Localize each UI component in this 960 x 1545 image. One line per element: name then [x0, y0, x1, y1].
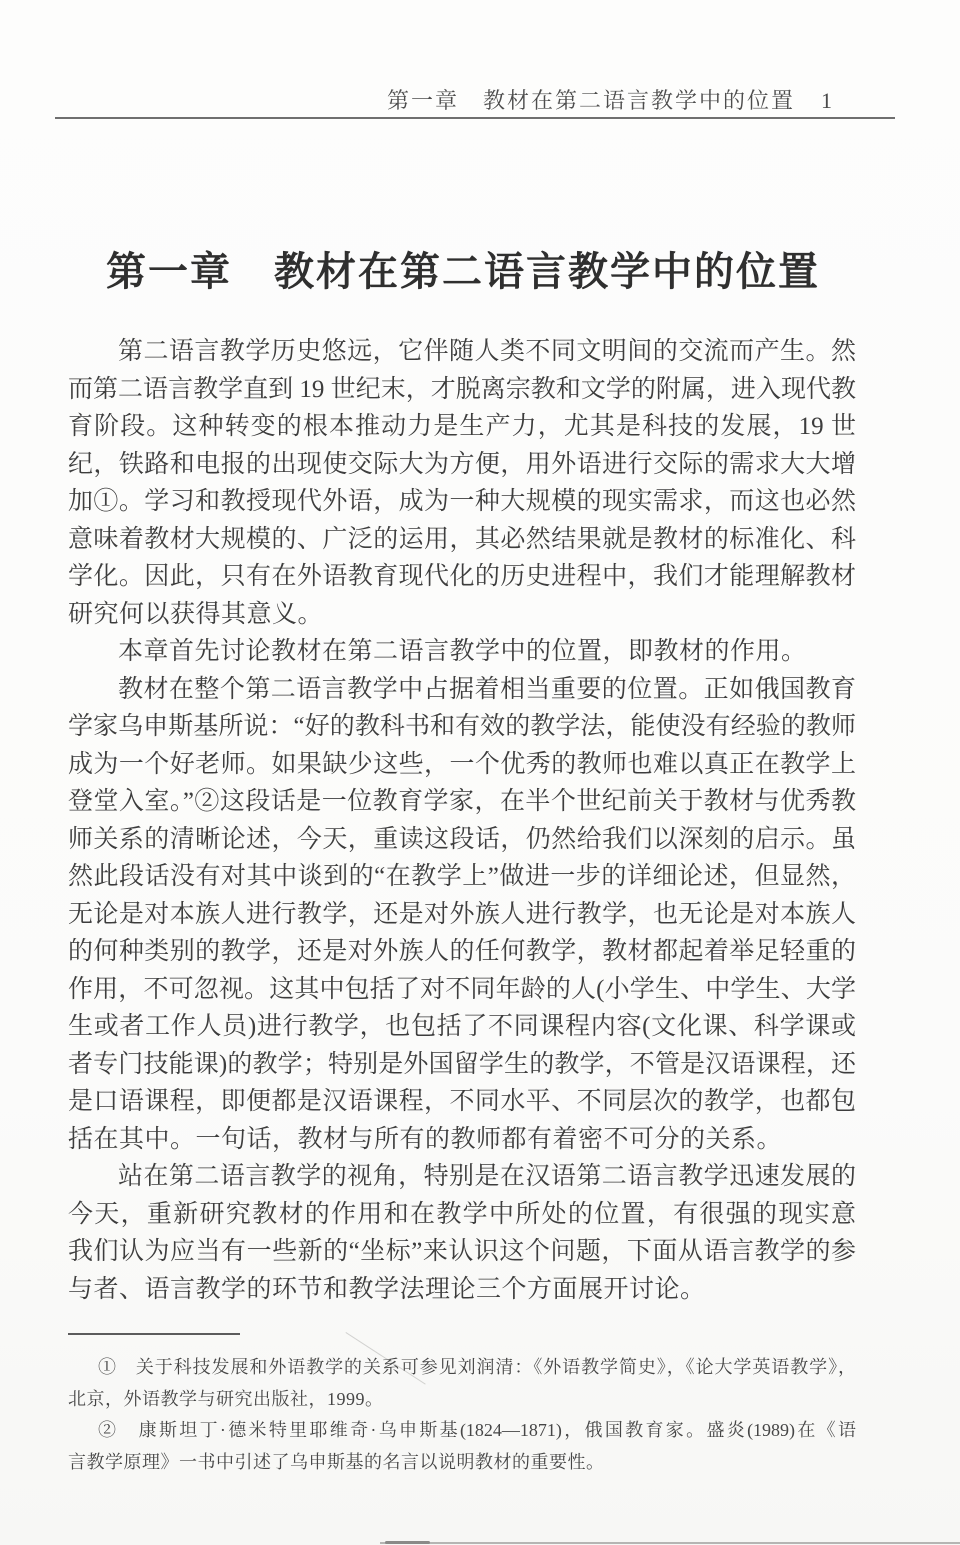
- text-line: 然此段话没有对其中谈到的“在教学上”做进一步的详细论述，但显然，: [68, 858, 856, 896]
- text-line: 括在其中。一句话，教材与所有的教师都有着密不可分的关系。: [68, 1121, 856, 1159]
- footnote-line: 言教学原理》一书中引述了乌申斯基的名言以说明教材的重要性。: [68, 1447, 856, 1479]
- text-line: 本章首先讨论教材在第二语言教学中的位置，即教材的作用。: [68, 633, 856, 671]
- page-number: 1: [821, 88, 832, 114]
- text-line: 今天，重新研究教材的作用和在教学中所处的位置，有很强的现实意义。: [68, 1196, 856, 1234]
- text-line: 站在第二语言教学的视角，特别是在汉语第二语言教学迅速发展的: [68, 1158, 856, 1196]
- text-line: 纪，铁路和电报的出现使交际大为方便，用外语进行交际的需求大大增: [68, 446, 856, 484]
- text-line: 育阶段。这种转变的根本推动力是生产力，尤其是科技的发展，19 世: [68, 408, 856, 446]
- footnote: ② 康斯坦丁·德米特里耶维奇·乌申斯基(1824—1871)，俄国教育家。盛炎(…: [68, 1415, 856, 1478]
- running-header: 第一章 教材在第二语言教学中的位置 1: [387, 84, 832, 115]
- text-line: 作用，不可忽视。这其中包括了对不同年龄的人(小学生、中学生、大学: [68, 971, 856, 1009]
- text-line: 学家乌申斯基所说：“好的教科书和有效的教学法，能使没有经验的教师: [68, 708, 856, 746]
- text-line: 加①。学习和教授现代外语，成为一种大规模的现实需求，而这也必然: [68, 483, 856, 521]
- footnotes: ① 关于科技发展和外语教学的关系可参见刘润清：《外语教学简史》，《论大学英语教学…: [68, 1352, 856, 1478]
- paragraph: 站在第二语言教学的视角，特别是在汉语第二语言教学迅速发展的 今天，重新研究教材的…: [68, 1158, 856, 1308]
- page-edge-dark-segment: [385, 1541, 430, 1544]
- body-text: 第二语言教学历史悠远，它伴随人类不同文明间的交流而产生。然 而第二语言教学直到 …: [68, 333, 856, 1308]
- chapter-title: 第一章 教材在第二语言教学中的位置: [68, 240, 858, 297]
- text-line: 是口语课程，即便都是汉语课程，不同水平、不同层次的教学，也都包: [68, 1083, 856, 1121]
- text-line: 学化。因此，只有在外语教育现代化的历史进程中，我们才能理解教材: [68, 558, 856, 596]
- text-line: 我们认为应当有一些新的“坐标”来认识这个问题，下面从语言教学的参: [68, 1233, 856, 1271]
- footnote-line: 北京，外语教学与研究出版社，1999。: [68, 1384, 856, 1416]
- text-line: 者专门技能课)的教学；特别是外国留学生的教学，不管是汉语课程，还: [68, 1046, 856, 1084]
- header-rule: [55, 117, 895, 119]
- footnote: ① 关于科技发展和外语教学的关系可参见刘润清：《外语教学简史》，《论大学英语教学…: [68, 1352, 856, 1415]
- text-line: 师关系的清晰论述，今天，重读这段话，仍然给我们以深刻的启示。虽: [68, 821, 856, 859]
- page-bottom-edge: [380, 1542, 960, 1544]
- text-line: 第二语言教学历史悠远，它伴随人类不同文明间的交流而产生。然: [68, 333, 856, 371]
- running-header-title: 第一章 教材在第二语言教学中的位置: [387, 84, 795, 115]
- text-line: 而第二语言教学直到 19 世纪末，才脱离宗教和文学的附属，进入现代教: [68, 371, 856, 409]
- text-line: 的何种类别的教学，还是对外族人的任何教学，教材都起着举足轻重的: [68, 933, 856, 971]
- text-line: 与者、语言教学的环节和教学法理论三个方面展开讨论。: [68, 1271, 856, 1309]
- paragraph: 教材在整个第二语言教学中占据着相当重要的位置。正如俄国教育 学家乌申斯基所说：“…: [68, 671, 856, 1159]
- text-line: 成为一个好老师。如果缺少这些，一个优秀的教师也难以真正在教学上: [68, 746, 856, 784]
- text-line: 无论是对本族人进行教学，还是对外族人进行教学，也无论是对本族人: [68, 896, 856, 934]
- footnote-line: ② 康斯坦丁·德米特里耶维奇·乌申斯基(1824—1871)，俄国教育家。盛炎(…: [68, 1415, 856, 1447]
- paragraph: 第二语言教学历史悠远，它伴随人类不同文明间的交流而产生。然 而第二语言教学直到 …: [68, 333, 856, 633]
- text-line: 研究何以获得其意义。: [68, 596, 856, 634]
- text-line: 教材在整个第二语言教学中占据着相当重要的位置。正如俄国教育: [68, 671, 856, 709]
- text-line: 意味着教材大规模的、广泛的运用，其必然结果就是教材的标准化、科: [68, 521, 856, 559]
- text-line: 登堂入室。”②这段话是一位教育学家，在半个世纪前关于教材与优秀教: [68, 783, 856, 821]
- footnote-line: ① 关于科技发展和外语教学的关系可参见刘润清：《外语教学简史》，《论大学英语教学…: [68, 1352, 856, 1384]
- footnote-divider: [68, 1333, 240, 1335]
- paragraph: 本章首先讨论教材在第二语言教学中的位置，即教材的作用。: [68, 633, 856, 671]
- text-line: 生或者工作人员)进行教学，也包括了不同课程内容(文化课、科学课或: [68, 1008, 856, 1046]
- book-page: 第一章 教材在第二语言教学中的位置 1 第一章 教材在第二语言教学中的位置 第二…: [0, 0, 960, 1545]
